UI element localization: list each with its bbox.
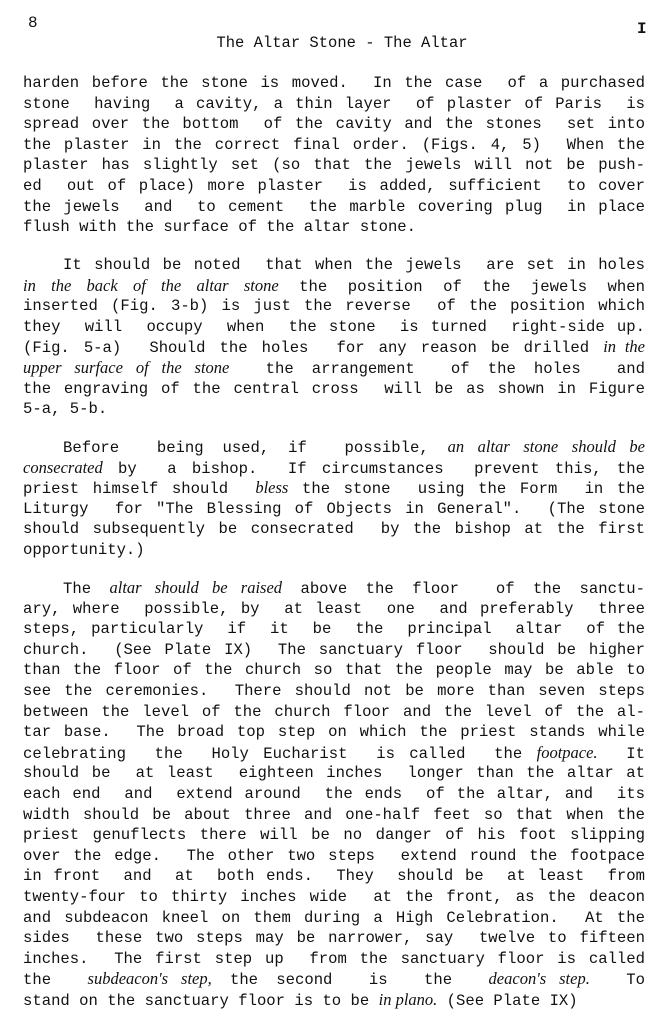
text-line: Liturgy for "The Blessing of Objects in … [23,499,645,520]
text-line: upper surface of the stone the arrangeme… [23,358,645,379]
text-line: priest himself should bless the stone us… [23,478,645,499]
text-span: steps, particularly if it be the princip… [23,620,645,638]
italic-text: altar should be raised [110,578,283,597]
text-line: see the ceremonies. There should not be … [23,681,645,702]
text-span: church. (See Plate IX) The sanctuary flo… [23,641,645,659]
text-span: stand on the sanctuary floor is to be [23,992,379,1010]
paragraph-plaster: harden before the stone is moved. In the… [23,73,645,238]
text-span: stone having a cavity, a thin layer of p… [23,95,645,113]
text-span: It should be noted that when the jewels … [63,256,645,274]
text-line: steps, particularly if it be the princip… [23,619,645,640]
text-line: church. (See Plate IX) The sanctuary flo… [23,640,645,661]
text-line: flush with the surface of the altar ston… [23,217,645,238]
text-span: To [590,971,645,989]
text-line: priest genuflects there will be no dange… [23,825,645,846]
italic-text: consecrated [23,458,103,477]
text-line: and subdeacon kneel on them during a Hig… [23,908,645,929]
text-line: It should be noted that when the jewels … [23,255,645,276]
text-span: It [598,745,645,763]
text-span: celebrating the Holy Eucharist is called… [23,745,537,763]
text-span: ed out of place) more plaster is added, … [23,177,645,195]
text-span: (Fig. 5-a) Should the holes for any reas… [23,339,603,357]
text-span: over the edge. The other two steps exten… [23,847,645,865]
text-line: celebrating the Holy Eucharist is called… [23,743,645,764]
text-span: and subdeacon kneel on them during a Hig… [23,909,645,927]
italic-text: in plano. [379,990,438,1009]
text-span: the position of the jewels when [279,278,645,296]
text-line: the plaster in the correct final order. … [23,135,645,156]
text-span: priest himself should [23,480,255,498]
text-line: in front and at both ends. They should b… [23,866,645,887]
text-line: The altar should be raised above the flo… [23,578,645,599]
italic-text: deacon's step. [489,969,590,988]
text-line: 5-a, 5-b. [23,399,645,420]
text-span: than the floor of the church so that the… [23,661,645,679]
text-line: Before being used, if possible, an altar… [23,437,645,458]
text-line: tar base. The broad top step on which th… [23,722,645,743]
text-line: the jewels and to cement the marble cove… [23,197,645,218]
italic-text: in the [603,337,645,356]
text-span: between the level of the church floor an… [23,703,645,721]
text-line: the engraving of the central cross will … [23,379,645,400]
text-span: should be at least eighteen inches longe… [23,764,645,782]
text-line: the subdeacon's step, the second is the … [23,969,645,990]
text-line: stand on the sanctuary floor is to be in… [23,990,645,1011]
page-number: 8 [28,14,38,32]
text-line: ed out of place) more plaster is added, … [23,176,645,197]
italic-text: footpace. [537,743,598,762]
text-line: inches. The first step up from the sanct… [23,949,645,970]
text-line: each end and extend around the ends of t… [23,784,645,805]
text-span: ary, where possible, by at least one and… [23,600,645,618]
text-span: Before being used, if possible, [63,439,448,457]
text-span: sides these two steps may be narrower, s… [23,929,645,947]
text-line: in the back of the altar stone the posit… [23,276,645,297]
text-line: stone having a cavity, a thin layer of p… [23,94,645,115]
text-span: inches. The first step up from the sanct… [23,950,645,968]
text-line: ary, where possible, by at least one and… [23,599,645,620]
text-span: spread over the bottom of the cavity and… [23,115,645,133]
text-line: inserted (Fig. 3-b) is just the reverse … [23,296,645,317]
text-span: the [23,971,88,989]
text-span: the plaster in the correct final order. … [23,136,645,154]
text-line: over the edge. The other two steps exten… [23,846,645,867]
text-span: the engraving of the central cross will … [23,380,645,398]
text-line: harden before the stone is moved. In the… [23,73,645,94]
text-line: twenty-four to thirty inches wide at the… [23,887,645,908]
text-line: opportunity.) [23,540,645,561]
text-span: plaster has slightly set (so that the je… [23,156,645,174]
text-span: each end and extend around the ends of t… [23,785,645,803]
text-line: should be at least eighteen inches longe… [23,763,645,784]
text-line: they will occupy when the stone is turne… [23,317,645,338]
italic-text: upper surface of the stone [23,358,229,377]
text-span: they will occupy when the stone is turne… [23,318,645,336]
italic-text: subdeacon's step, [88,969,212,988]
text-line: than the floor of the church so that the… [23,660,645,681]
text-span: width should be about three and one-half… [23,806,645,824]
italic-text: bless [255,478,288,497]
text-span: (See Plate IX) [437,992,577,1010]
text-line: should subsequently be consecrated by th… [23,519,645,540]
text-span: the second is the [212,971,489,989]
text-span: twenty-four to thirty inches wide at the… [23,888,645,906]
text-span: The [63,580,110,598]
text-line: spread over the bottom of the cavity and… [23,114,645,135]
text-span: the arrangement of the holes and [229,360,645,378]
text-span: in front and at both ends. They should b… [23,867,645,885]
text-line: consecrated by a bishop. If circumstance… [23,458,645,479]
text-span: priest genuflects there will be no dange… [23,826,645,844]
text-span: the jewels and to cement the marble cove… [23,198,645,216]
running-header: The Altar Stone - The Altar [0,34,657,52]
text-line: plaster has slightly set (so that the je… [23,155,645,176]
paragraph-consecration: Before being used, if possible, an altar… [23,437,645,561]
text-span: 5-a, 5-b. [23,400,107,418]
paragraph-altar-steps: The altar should be raised above the flo… [23,578,645,1010]
text-span: tar base. The broad top step on which th… [23,723,645,741]
text-span: should subsequently be consecrated by th… [23,520,645,538]
paragraph-jewel-position: It should be noted that when the jewels … [23,255,645,420]
italic-text: in the back of the altar stone [23,276,279,295]
text-span: harden before the stone is moved. In the… [23,74,645,92]
text-line: between the level of the church floor an… [23,702,645,723]
text-span: see the ceremonies. There should not be … [23,682,645,700]
text-span: inserted (Fig. 3-b) is just the reverse … [23,297,645,315]
text-span: by a bishop. If circumstances prevent th… [103,460,645,478]
text-span: flush with the surface of the altar ston… [23,218,416,236]
italic-text: an altar stone should be [448,437,645,456]
text-line: (Fig. 5-a) Should the holes for any reas… [23,337,645,358]
text-span: above the floor of the sanctu- [282,580,645,598]
text-span: opportunity.) [23,541,145,559]
text-line: width should be about three and one-half… [23,805,645,826]
text-line: sides these two steps may be narrower, s… [23,928,645,949]
text-span: the stone using the Form in the [288,480,645,498]
text-span: Liturgy for "The Blessing of Objects in … [23,500,645,518]
